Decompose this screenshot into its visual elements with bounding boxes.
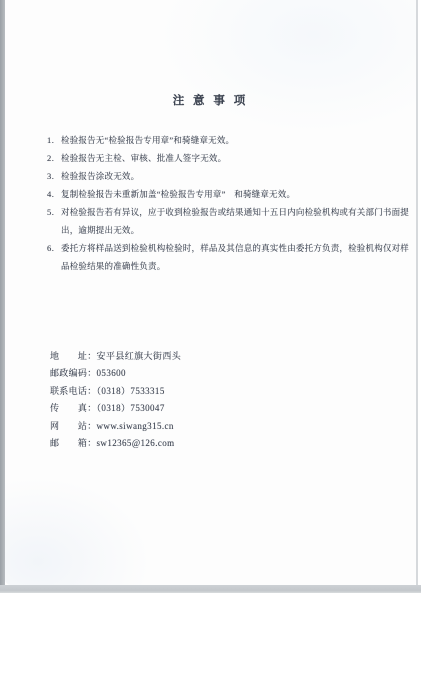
- item-line: 复制检验报告未重新加盖“检验报告专用章” 和骑缝章无效。: [61, 189, 295, 199]
- contact-label: 邮政编码：: [50, 368, 97, 378]
- contact-label: 网 站：: [50, 421, 97, 431]
- item-number: 4.: [47, 185, 61, 203]
- item-text: 检验报告无“检验报告专用章”和骑缝章无效。: [61, 131, 407, 149]
- contact-value: 安平县红旗大街西头: [97, 351, 182, 361]
- notice-item: 6. 委托方将样品送到检验机构检验时，样品及其信息的真实性由委托方负责，检验机构…: [47, 239, 407, 275]
- item-number: 3.: [47, 167, 61, 185]
- item-line: 检验报告无“检验报告专用章”和骑缝章无效。: [61, 135, 234, 145]
- item-number: 5.: [47, 203, 61, 221]
- notice-list: 1. 检验报告无“检验报告专用章”和骑缝章无效。 2. 检验报告无主检、审核、批…: [47, 131, 407, 275]
- item-text: 委托方将样品送到检验机构检验时，样品及其信息的真实性由委托方负责，检验机构仅对样…: [61, 239, 407, 275]
- item-text: 复制检验报告未重新加盖“检验报告专用章” 和骑缝章无效。: [61, 185, 407, 203]
- item-line: 出，逾期提出无效。: [61, 225, 139, 235]
- contact-row-address: 地 址：安平县红旗大街西头: [50, 348, 380, 365]
- item-text: 检验报告无主检、审核、批准人签字无效。: [61, 149, 407, 167]
- item-line: 委托方将样品送到检验机构检验时，样品及其信息的真实性由委托方负责，检验机构仅对样: [61, 243, 409, 253]
- scanned-document-screen: 注 意 事 项 1. 检验报告无“检验报告专用章”和骑缝章无效。 2. 检验报告…: [0, 0, 424, 700]
- item-line: 检验报告涂改无效。: [61, 171, 139, 181]
- contact-row-website: 网 站：www.siwang315.cn: [50, 418, 380, 435]
- contact-value: 053600: [97, 368, 126, 378]
- item-number: 2.: [47, 149, 61, 167]
- item-number: 6.: [47, 239, 61, 257]
- contact-value: （0318）7533315: [97, 386, 165, 396]
- contact-label: 邮 箱：: [50, 438, 97, 448]
- contact-row-phone: 联系电话：（0318）7533315: [50, 383, 380, 400]
- notice-item: 1. 检验报告无“检验报告专用章”和骑缝章无效。: [47, 131, 407, 149]
- item-number: 1.: [47, 131, 61, 149]
- contact-value: sw12365@126.com: [97, 438, 175, 448]
- contact-label: 地 址：: [50, 351, 97, 361]
- item-text: 检验报告涂改无效。: [61, 167, 407, 185]
- contact-block: 地 址：安平县红旗大街西头 邮政编码：053600 联系电话：（0318）753…: [50, 348, 380, 452]
- scan-edge-bottom: [0, 585, 421, 593]
- contact-row-email: 邮 箱：sw12365@126.com: [50, 435, 380, 452]
- notice-item: 3. 检验报告涂改无效。: [47, 167, 407, 185]
- page-title: 注 意 事 项: [5, 92, 416, 108]
- contact-row-postcode: 邮政编码：053600: [50, 365, 380, 382]
- item-line: 检验报告无主检、审核、批准人签字无效。: [61, 153, 226, 163]
- notice-item: 2. 检验报告无主检、审核、批准人签字无效。: [47, 149, 407, 167]
- notice-item: 5. 对检验报告若有异议，应于收到检验报告或结果通知十五日内向检验机构或有关部门…: [47, 203, 407, 239]
- contact-value: （0318）7530047: [97, 403, 165, 413]
- paper-page: 注 意 事 项 1. 检验报告无“检验报告专用章”和骑缝章无效。 2. 检验报告…: [5, 0, 416, 585]
- contact-value: www.siwang315.cn: [97, 421, 174, 431]
- item-line: 品检验结果的准确性负责。: [61, 261, 165, 271]
- contact-label: 传 真：: [50, 403, 97, 413]
- item-line: 对检验报告若有异议，应于收到检验报告或结果通知十五日内向检验机构或有关部门书面提: [61, 207, 409, 217]
- item-text: 对检验报告若有异议，应于收到检验报告或结果通知十五日内向检验机构或有关部门书面提…: [61, 203, 407, 239]
- notice-item: 4. 复制检验报告未重新加盖“检验报告专用章” 和骑缝章无效。: [47, 185, 407, 203]
- paper-right-edge: [416, 0, 418, 585]
- contact-label: 联系电话：: [50, 386, 97, 396]
- contact-row-fax: 传 真：（0318）7530047: [50, 400, 380, 417]
